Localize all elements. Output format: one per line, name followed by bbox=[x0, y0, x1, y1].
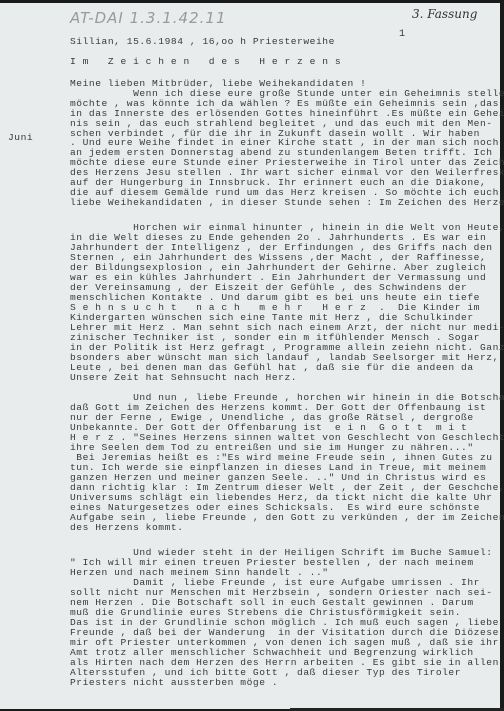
handwritten-note: 3. Fassung bbox=[412, 7, 477, 21]
document-title: I m Z e i c h e n d e s H e r z e n s bbox=[70, 57, 341, 67]
document-page: AT-DAI 1.3.1.42.11 3. Fassung 1 Sillian,… bbox=[0, 3, 500, 709]
margin-note: Juni bbox=[8, 132, 33, 143]
text-line: des Herzens kommt. bbox=[70, 523, 184, 533]
text-line: Unsere Zeit hat Sehnsucht nach Herz. bbox=[70, 373, 297, 383]
header-line: Sillian, 15.6.1984 , 16,oo h Priesterwei… bbox=[70, 37, 335, 47]
text-line: liebe Weihekandidaten , in dieser Stunde… bbox=[70, 198, 504, 208]
text-line: Priesters nicht aussterben möge . bbox=[70, 678, 278, 688]
page-number: 1 bbox=[399, 29, 405, 40]
archive-signature: AT-DAI 1.3.1.42.11 bbox=[70, 9, 227, 27]
